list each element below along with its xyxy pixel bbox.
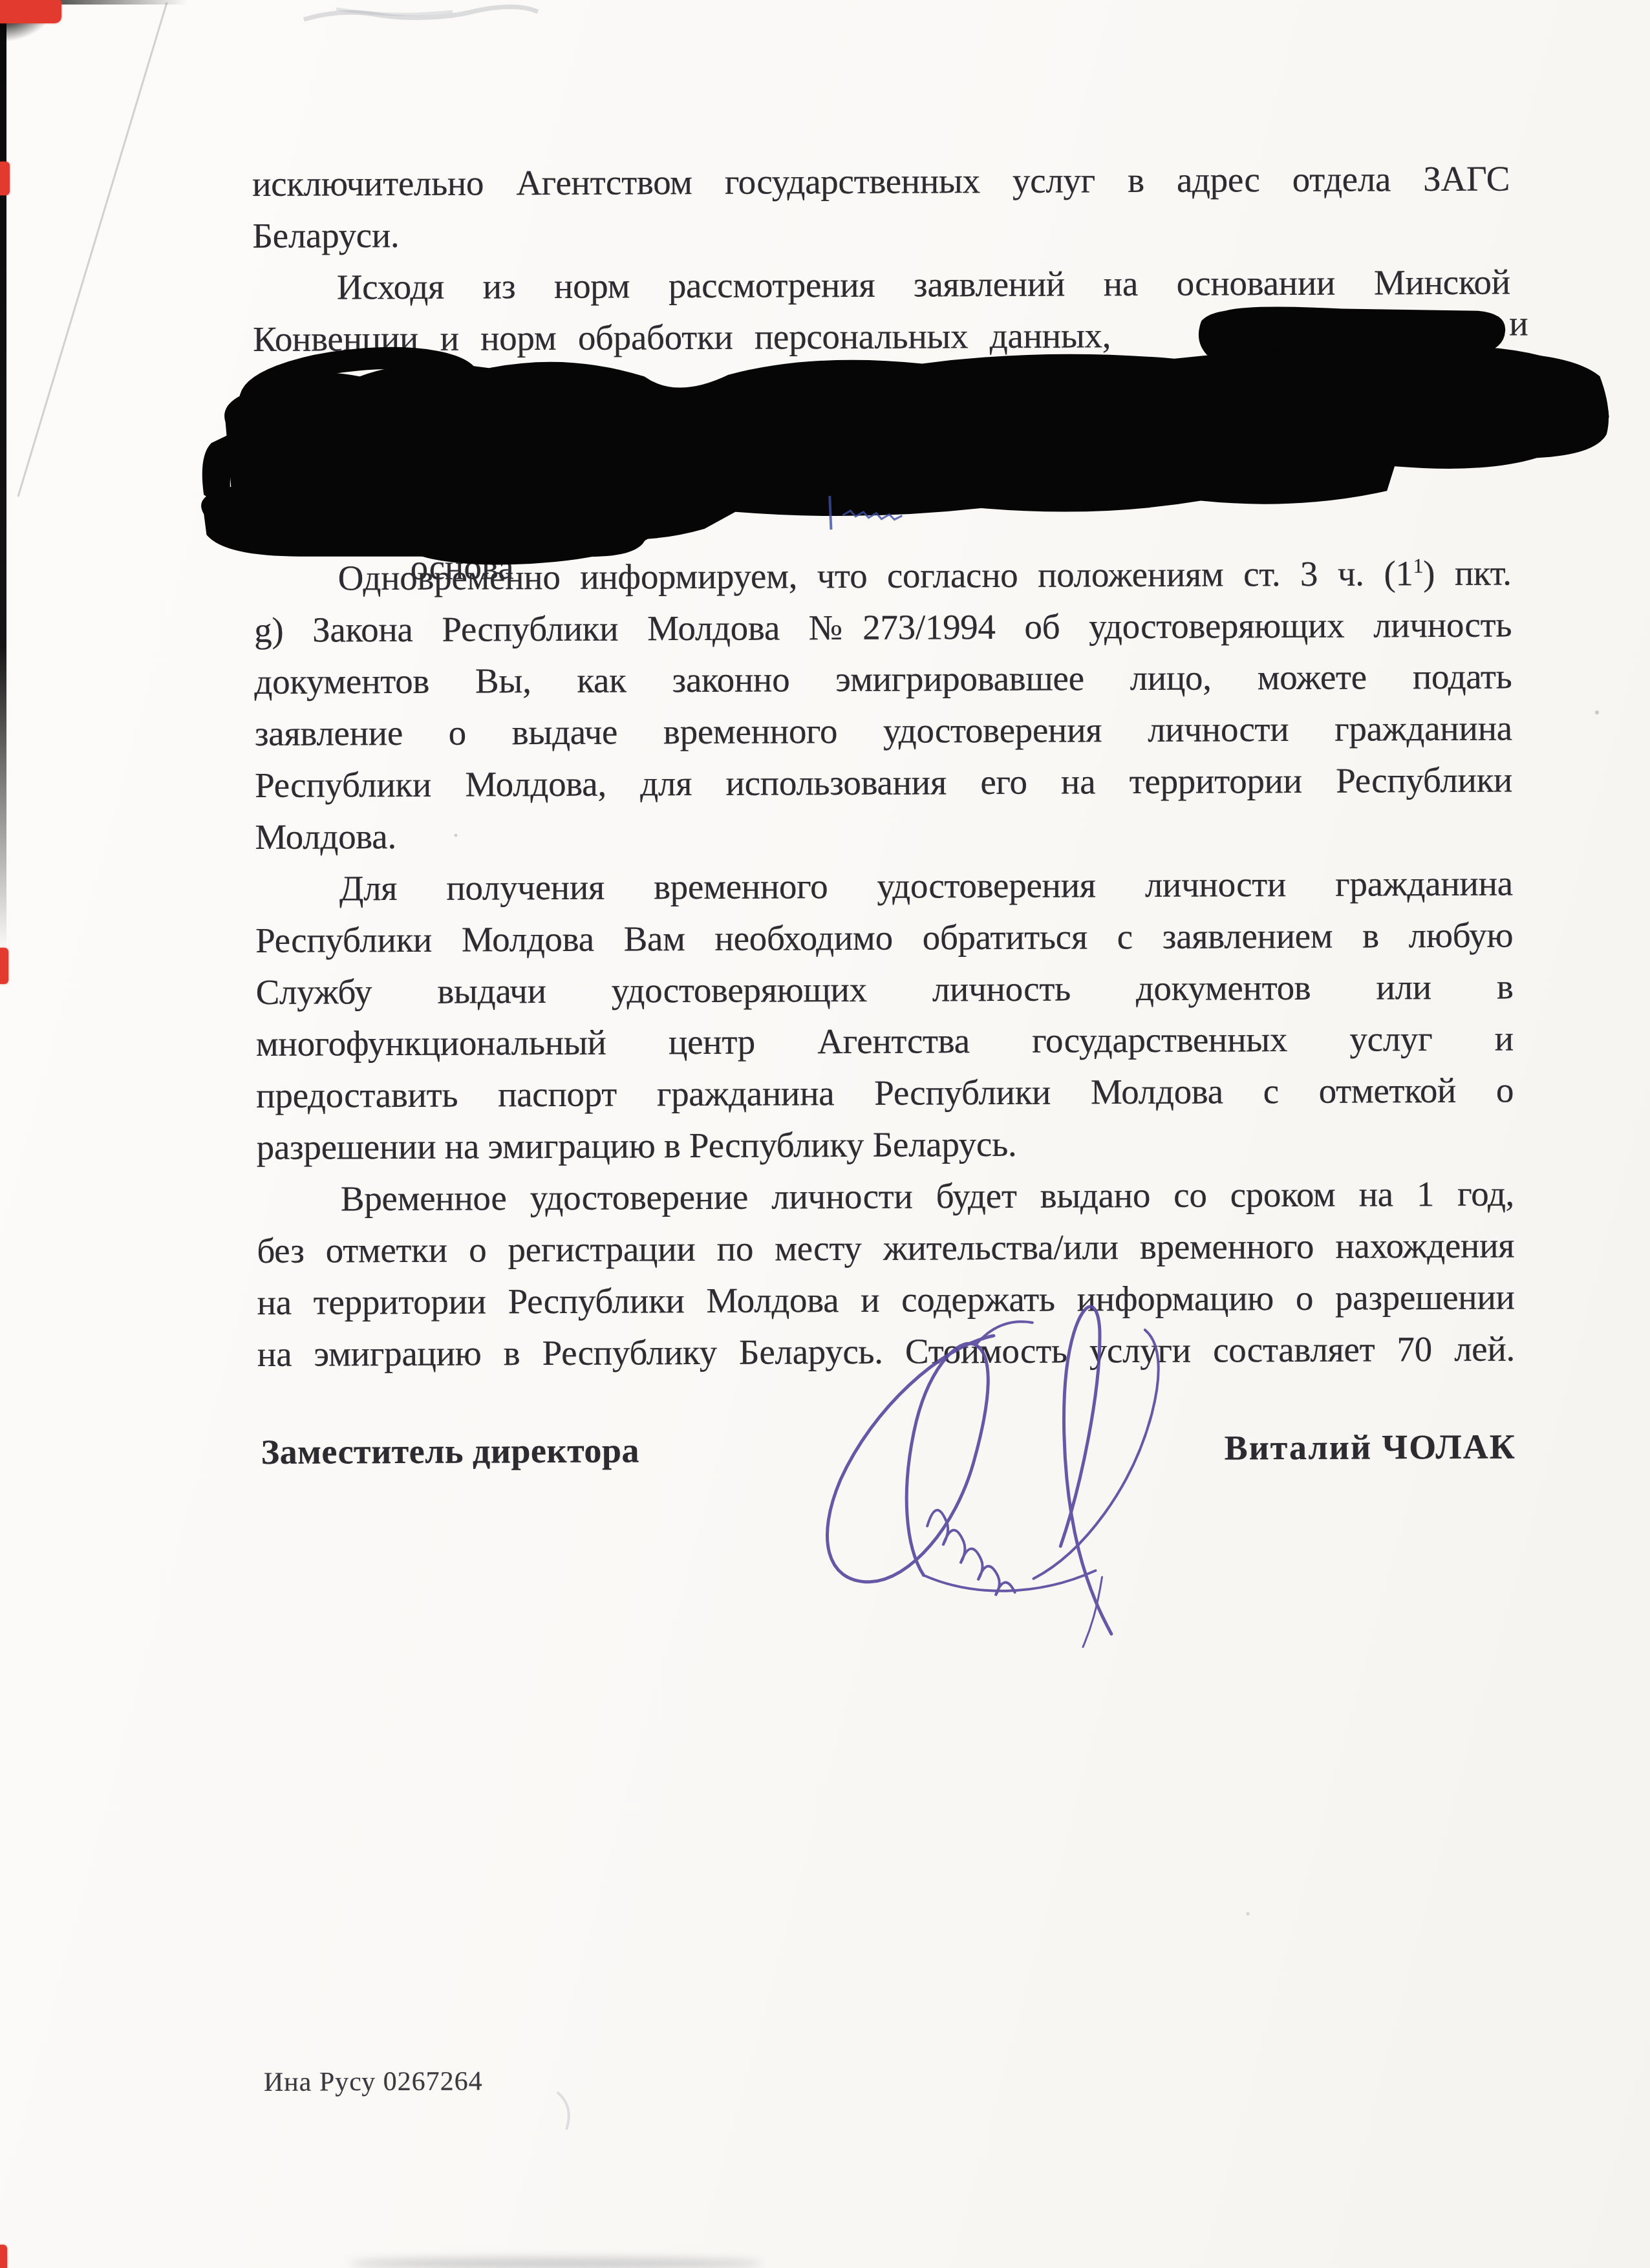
line-post: ) пкт. [1423, 553, 1512, 593]
redaction-left-lobe [202, 430, 239, 514]
text-line: Республики Молдова, для использования ег… [255, 754, 1512, 811]
letter-body: исключительно Агентством государственных… [252, 153, 1515, 1380]
text-line: многофункциональный центр Агентства госу… [256, 1012, 1514, 1069]
scan-content-layer: исключительно Агентством государственных… [0, 0, 1650, 2268]
text-line: документов Вы, как законно эмигрировавше… [254, 650, 1512, 707]
text-line: Временное удостоверение личности будет в… [257, 1168, 1514, 1225]
text-line: Беларуси. [252, 204, 1510, 261]
red-scan-mark-corner [0, 0, 61, 23]
text-line: разрешении на эмиграцию в Республику Бел… [256, 1116, 1514, 1173]
text-line: Для получения временного удостоверения л… [255, 857, 1513, 914]
red-scan-mark-upper [0, 162, 10, 195]
text-line: на эмиграцию в Республику Беларусь. Стои… [257, 1323, 1515, 1380]
text-line: Исходя из норм рассмотрения заявлений на… [253, 256, 1510, 313]
text-line: на территории Республики Молдова и содер… [257, 1271, 1514, 1328]
text-fragment-under-redaction: основа [411, 546, 514, 588]
text-line-partially-redacted: Конвенции и норм обработки персональных … [253, 308, 1510, 365]
red-scan-mark-bottom [0, 2245, 7, 2268]
footer-contact: Ина Русу 0267264 [264, 2066, 483, 2097]
signer-title: Заместитель директора [261, 1430, 640, 1472]
signature-row: Заместитель директора Виталий ЧОЛАК [3, 1426, 1650, 1492]
scanner-edge-left [0, 0, 6, 950]
signer-name: Виталий ЧОЛАК [1225, 1426, 1516, 1468]
text-fragment-after-redaction: и [1509, 303, 1528, 343]
text-line: без отметки о регистрации по месту жител… [257, 1219, 1514, 1276]
redacted-area-spacer [253, 359, 1511, 552]
text-line: Молдова. [255, 806, 1512, 862]
text-line: исключительно Агентством государственных… [252, 153, 1510, 209]
text-line: Республики Молдова Вам необходимо обрати… [255, 909, 1513, 966]
scanned-letter-page: исключительно Агентством государственных… [0, 0, 1650, 2268]
text-line: заявление о выдаче временного удостовере… [255, 702, 1512, 759]
text-line: предоставить паспорт гражданина Республи… [256, 1064, 1514, 1121]
text-line: g) Закона Республики Молдова №273/1994 о… [254, 599, 1512, 656]
red-scan-mark-middle [0, 948, 8, 984]
superscript-one: 1 [1413, 555, 1423, 577]
text-line: Службу выдачи удостоверяющих личность до… [255, 961, 1513, 1018]
